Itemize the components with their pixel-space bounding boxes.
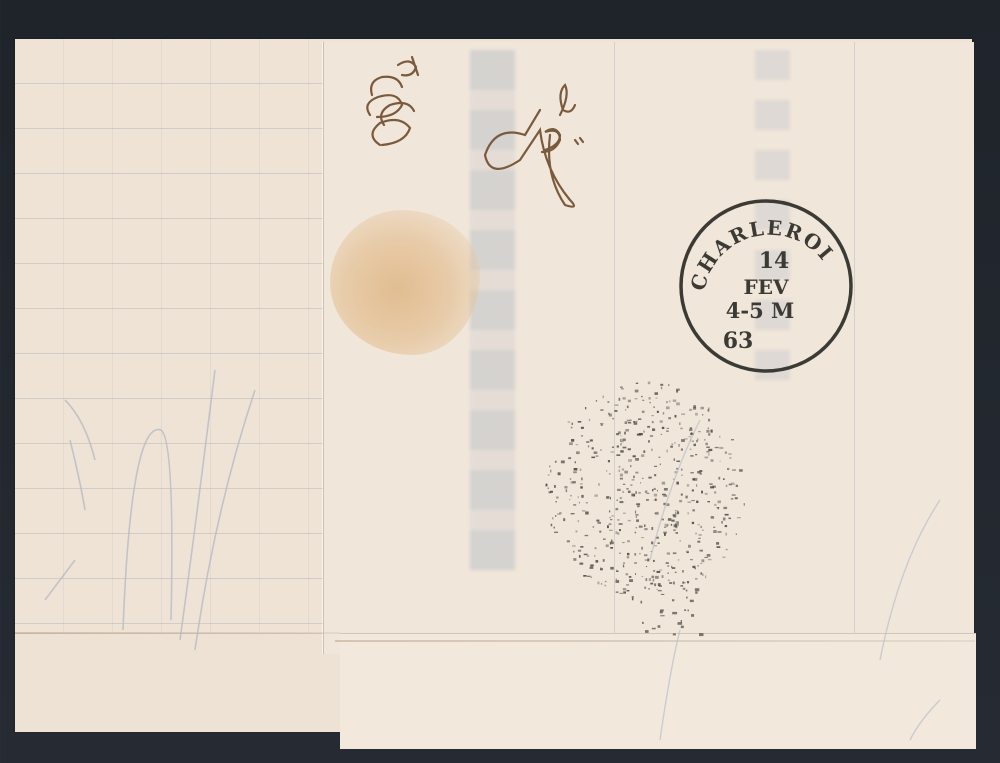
postmark-day: 14 (759, 248, 790, 274)
postmark-year: 63 (723, 328, 754, 354)
postmark-month: FEV (744, 275, 789, 299)
pencil-marks (15, 330, 345, 730)
postmark-time: 4-5 M (726, 298, 795, 323)
charleroi-postmark: CHARLEROI 14 FEV 4-5 M 63 (676, 196, 856, 376)
pencil-marks (640, 420, 980, 750)
manuscript-notation (350, 45, 610, 225)
